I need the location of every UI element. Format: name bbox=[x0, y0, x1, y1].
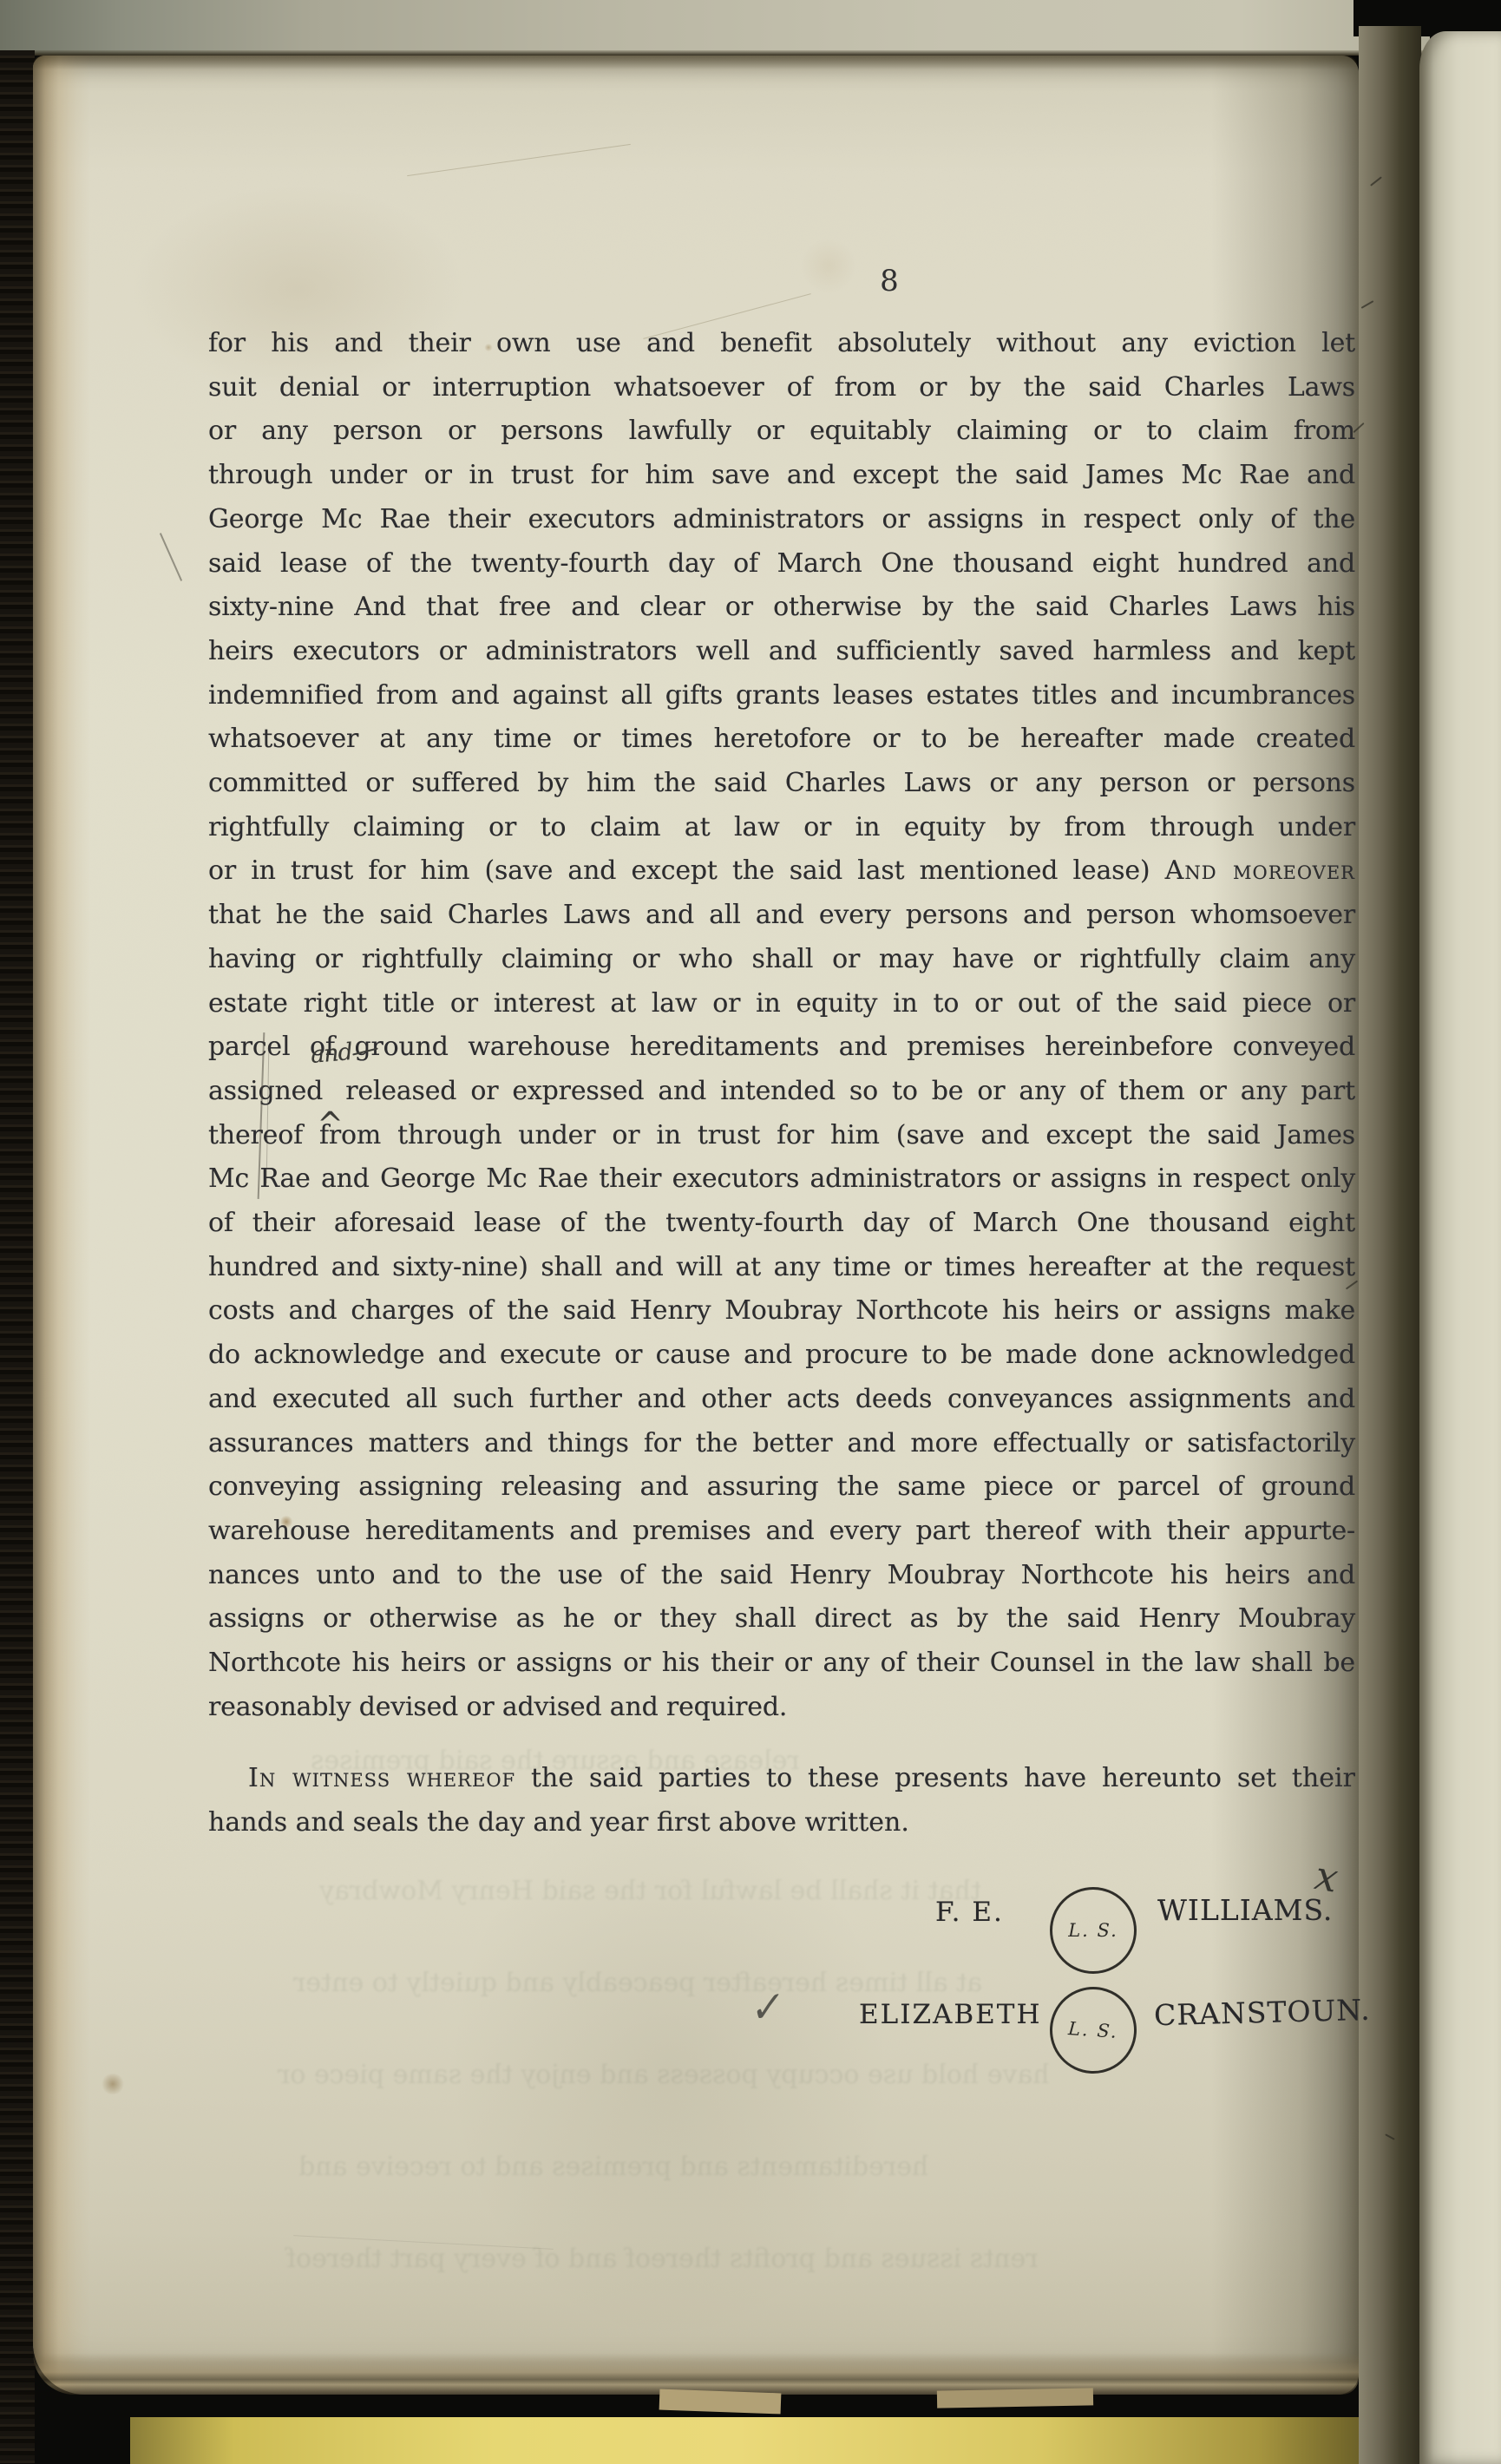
document-line: warehouse hereditaments and premises and… bbox=[208, 1509, 1355, 1553]
document-line: and executed all such further and other … bbox=[208, 1377, 1355, 1421]
document-line: parcel of ground warehouse hereditaments… bbox=[208, 1025, 1355, 1069]
document-line: hundred and sixty-nine) shall and will a… bbox=[208, 1245, 1355, 1289]
document-line: said lease of the twenty-fourth day of M… bbox=[208, 541, 1355, 586]
show-through-text: at all times hereafter peaceably and qui… bbox=[293, 1968, 982, 1998]
page-gutter-shadow bbox=[1359, 26, 1421, 2464]
document-line: Mc Rae and George Mc Rae their executors… bbox=[208, 1157, 1355, 1201]
seal-label: L. S. bbox=[1068, 1920, 1118, 1941]
document-line: for his and their own use and benefit ab… bbox=[208, 321, 1355, 365]
witness-clause-line: In witness whereof the said parties to t… bbox=[208, 1756, 1355, 1800]
document-line: assignedand^ released or expressed and i… bbox=[208, 1069, 1355, 1113]
document-line: rightfully claiming or to claim at law o… bbox=[208, 805, 1355, 849]
show-through-text: rents issues and profits thereof and of … bbox=[286, 2244, 1039, 2274]
seal-label: L. S. bbox=[1067, 2018, 1118, 2042]
small-caps-phrase: In witness whereof bbox=[248, 1763, 515, 1793]
small-caps-phrase: And moreover bbox=[1165, 855, 1355, 886]
document-line: of their aforesaid lease of the twenty-f… bbox=[208, 1201, 1355, 1245]
document-line: do acknowledge and execute or cause and … bbox=[208, 1333, 1355, 1377]
document-line: nances unto and to the use of the said H… bbox=[208, 1553, 1355, 1597]
paper-stain bbox=[101, 2074, 125, 2094]
page-top-shadow bbox=[33, 56, 1359, 69]
signature-surname: WILLIAMS. bbox=[1157, 1893, 1333, 1927]
show-through-text: hereditaments and premises and to receiv… bbox=[298, 2152, 928, 2182]
document-line: or any person or persons lawfully or equ… bbox=[208, 409, 1355, 453]
line-text: released or expressed and intended so to… bbox=[345, 1076, 1355, 1106]
document-line: estate right title or interest at law or… bbox=[208, 981, 1355, 1026]
check-mark: ✓ bbox=[750, 1981, 786, 2033]
book-top-page-edges bbox=[0, 0, 1430, 56]
document-line: conveying assigning releasing and assuri… bbox=[208, 1465, 1355, 1509]
facing-page-edge bbox=[1419, 31, 1501, 2464]
torn-edge-fragment bbox=[659, 2389, 782, 2415]
deckle-edge bbox=[33, 56, 90, 2395]
witness-clause-line: hands and seals the day and year first a… bbox=[208, 1800, 1355, 1845]
table-surface-strip bbox=[130, 2417, 1362, 2464]
paper-stain bbox=[484, 344, 493, 351]
seal-ls: L. S. bbox=[1050, 1887, 1137, 1974]
signature-forename: ELIZABETH bbox=[859, 1999, 1042, 2030]
document-line: committed or suffered by him the said Ch… bbox=[208, 761, 1355, 805]
document-page: release and assure the said premises tha… bbox=[33, 56, 1359, 2395]
document-line: assurances matters and things for the be… bbox=[208, 1421, 1355, 1465]
page-number: 8 bbox=[859, 264, 920, 298]
show-through-text: that it shall be lawful for the said Hen… bbox=[319, 1876, 981, 1906]
document-line: reasonably devised or advised and requir… bbox=[208, 1685, 1355, 1729]
document-line: assigns or otherwise as he or they shall… bbox=[208, 1596, 1355, 1641]
document-line: sixty-nine And that free and clear or ot… bbox=[208, 585, 1355, 629]
document-line: suit denial or interruption whatsoever o… bbox=[208, 365, 1355, 410]
pencil-stroke bbox=[160, 533, 182, 581]
document-line: Northcote his heirs or assigns or his th… bbox=[208, 1641, 1355, 1685]
line-text: or in trust for him (save and except the… bbox=[208, 855, 1150, 886]
document-line: indemnified from and against all gifts g… bbox=[208, 673, 1355, 718]
document-line: costs and charges of the said Henry Moub… bbox=[208, 1288, 1355, 1333]
paper-crease bbox=[407, 144, 631, 176]
book-binding-edge bbox=[0, 50, 35, 2464]
document-line: through under or in trust for him save a… bbox=[208, 453, 1355, 497]
document-line: George Mc Rae their executors administra… bbox=[208, 497, 1355, 541]
document-line: thereof from through under or in trust f… bbox=[208, 1113, 1355, 1157]
document-line: or in trust for him (save and except the… bbox=[208, 849, 1355, 893]
torn-edge-fragment bbox=[937, 2388, 1093, 2408]
show-through-text: have hold use occupy possess and enjoy t… bbox=[278, 2060, 1050, 2090]
signature-forename: F. E. bbox=[935, 1897, 1004, 1928]
paper-stain bbox=[279, 1516, 293, 1528]
signature-surname: CRANSTOUN. bbox=[1154, 1993, 1371, 2033]
line-text: the said parties to these presents have … bbox=[531, 1763, 1355, 1793]
book-scan-scene: release and assure the said premises tha… bbox=[0, 0, 1501, 2464]
page-bottom-edge bbox=[33, 2353, 1359, 2395]
document-line: that he the said Charles Laws and all an… bbox=[208, 893, 1355, 937]
seal-ls: L. S. bbox=[1047, 1984, 1140, 2077]
insertion-point: and^ bbox=[323, 1091, 331, 1099]
document-line: heirs executors or administrators well a… bbox=[208, 629, 1355, 673]
line-text: assigned bbox=[208, 1076, 323, 1106]
document-line: whatsoever at any time or times heretofo… bbox=[208, 717, 1355, 761]
handwritten-insertion: and bbox=[310, 1040, 353, 1067]
document-line: having or rightfully claiming or who sha… bbox=[208, 937, 1355, 981]
